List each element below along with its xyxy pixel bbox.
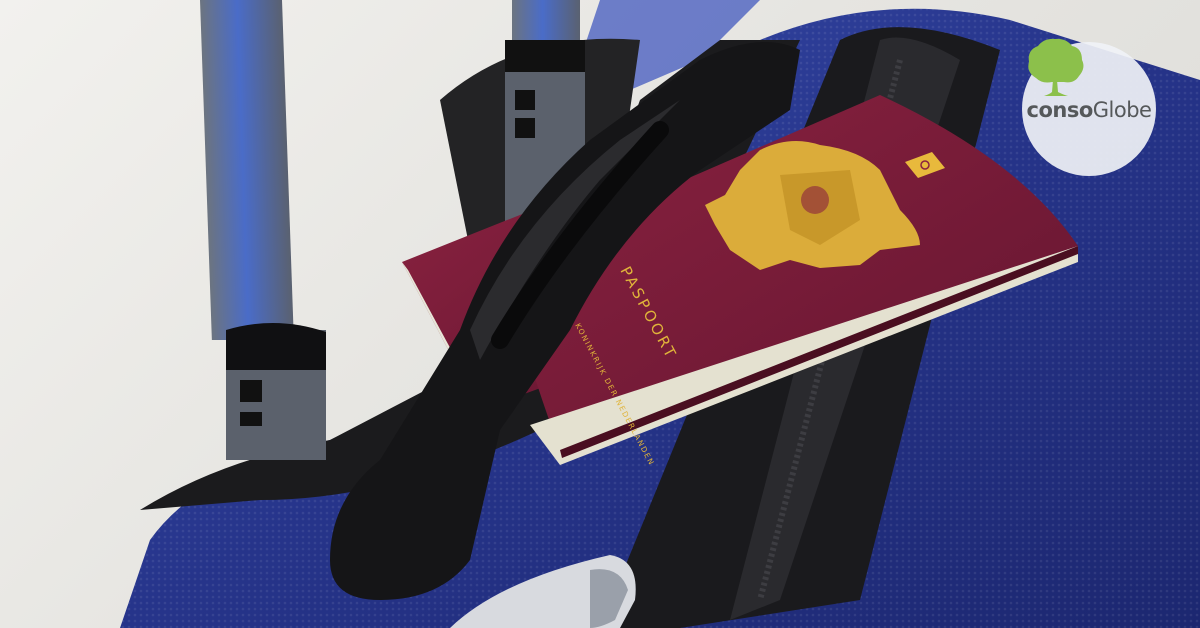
- logo-wordmark: consoGlobe: [1027, 100, 1152, 121]
- suitcase-photo: PASPOORT KONINKRIJK DER NEDERLANDEN: [0, 0, 1200, 628]
- tree-icon: [1022, 36, 1088, 100]
- consoglobe-logo: consoGlobe: [1022, 42, 1156, 176]
- trolley-pole-left: [200, 0, 326, 460]
- logo-brand-suffix: Globe: [1093, 98, 1152, 122]
- photo-scene: PASPOORT KONINKRIJK DER NEDERLANDEN cons…: [0, 0, 1200, 628]
- logo-brand-prefix: conso: [1027, 98, 1093, 122]
